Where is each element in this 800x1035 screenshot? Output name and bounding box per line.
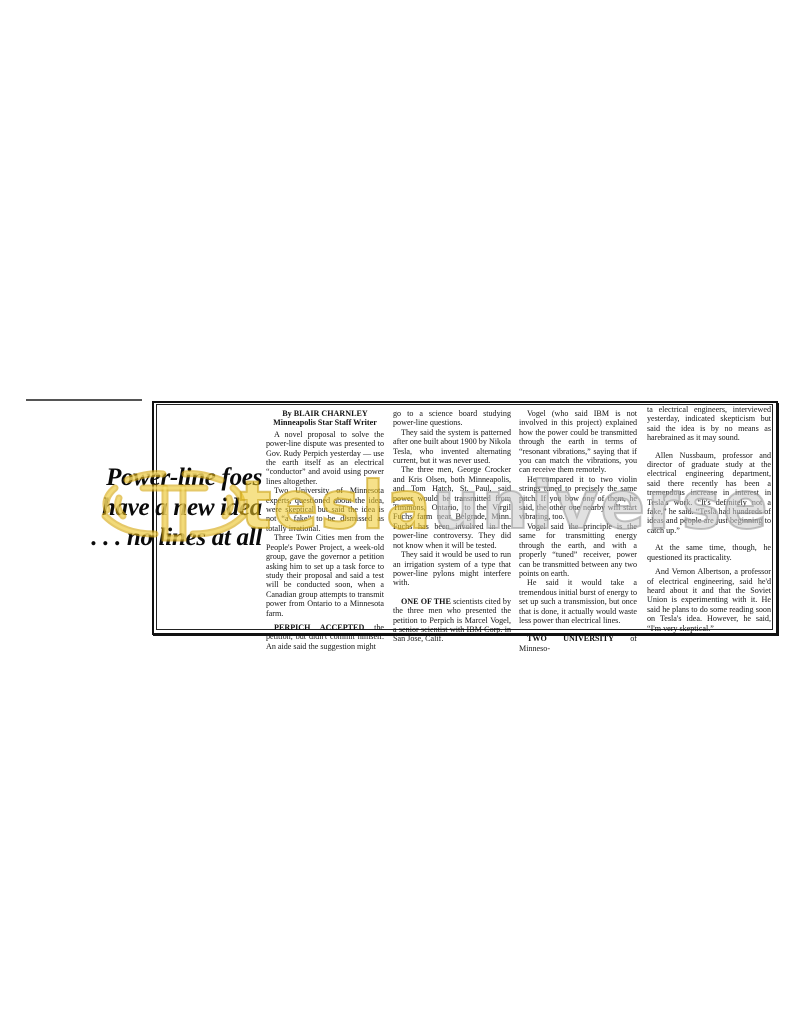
- paragraph: go to a science board studying power-lin…: [393, 409, 511, 428]
- paragraph: ONE OF THE scientists cited by the three…: [393, 597, 511, 644]
- paragraph: Two University of Minnesota experts, que…: [266, 486, 384, 533]
- headline-line-1: Power-line foes: [30, 463, 262, 493]
- article-column-4: ta electrical engineers, interviewed yes…: [647, 405, 771, 633]
- headline-line-3: . . . no lines at all: [30, 523, 262, 553]
- byline-author: By BLAIR CHARNLEY: [266, 409, 384, 418]
- article-column-3: Vogel (who said IBM is not involved in t…: [519, 409, 637, 653]
- headline-line-2: have a new idea: [30, 493, 262, 523]
- paragraph: A novel proposal to solve the power-line…: [266, 430, 384, 486]
- paragraph-lead: TWO UNIVERSITY: [527, 634, 614, 643]
- top-left-rule: [26, 399, 142, 401]
- paragraph: They said the system is patterned after …: [393, 428, 511, 466]
- paragraph: TWO UNIVERSITY of Minneso-: [519, 634, 637, 653]
- headline: Power-line foes have a new idea . . . no…: [30, 463, 262, 553]
- paragraph-lead: PERPICH ACCEPTED: [274, 623, 364, 632]
- paragraph: They said it would be used to run an irr…: [393, 550, 511, 588]
- paragraph: The three men, George Crocker and Kris O…: [393, 465, 511, 550]
- paragraph: ta electrical engineers, interviewed yes…: [647, 405, 771, 443]
- paragraph: Vogel (who said IBM is not involved in t…: [519, 409, 637, 475]
- paragraph: He said it would take a tremendous initi…: [519, 578, 637, 625]
- newspaper-clipping: Power-line foes have a new idea . . . no…: [0, 0, 800, 1035]
- paragraph: At the same time, though, he questioned …: [647, 543, 771, 562]
- paragraph-lead: ONE OF THE: [401, 597, 451, 606]
- article-column-2: go to a science board studying power-lin…: [393, 409, 511, 644]
- byline-affiliation: Minneapolis Star Staff Writer: [266, 418, 384, 427]
- article-column-1: By BLAIR CHARNLEY Minneapolis Star Staff…: [266, 409, 384, 651]
- frame-shadow-right: [776, 403, 779, 636]
- paragraph: He compared it to two violin strings tun…: [519, 475, 637, 522]
- paragraph: Allen Nussbaum, professor and director o…: [647, 451, 771, 536]
- paragraph: Three Twin Cities men from the People's …: [266, 533, 384, 618]
- paragraph: Vogel said the principle is the same for…: [519, 522, 637, 578]
- paragraph: And Vernon Albertson, a professor of ele…: [647, 567, 771, 633]
- paragraph: PERPICH ACCEPTED the petition, but didn'…: [266, 623, 384, 651]
